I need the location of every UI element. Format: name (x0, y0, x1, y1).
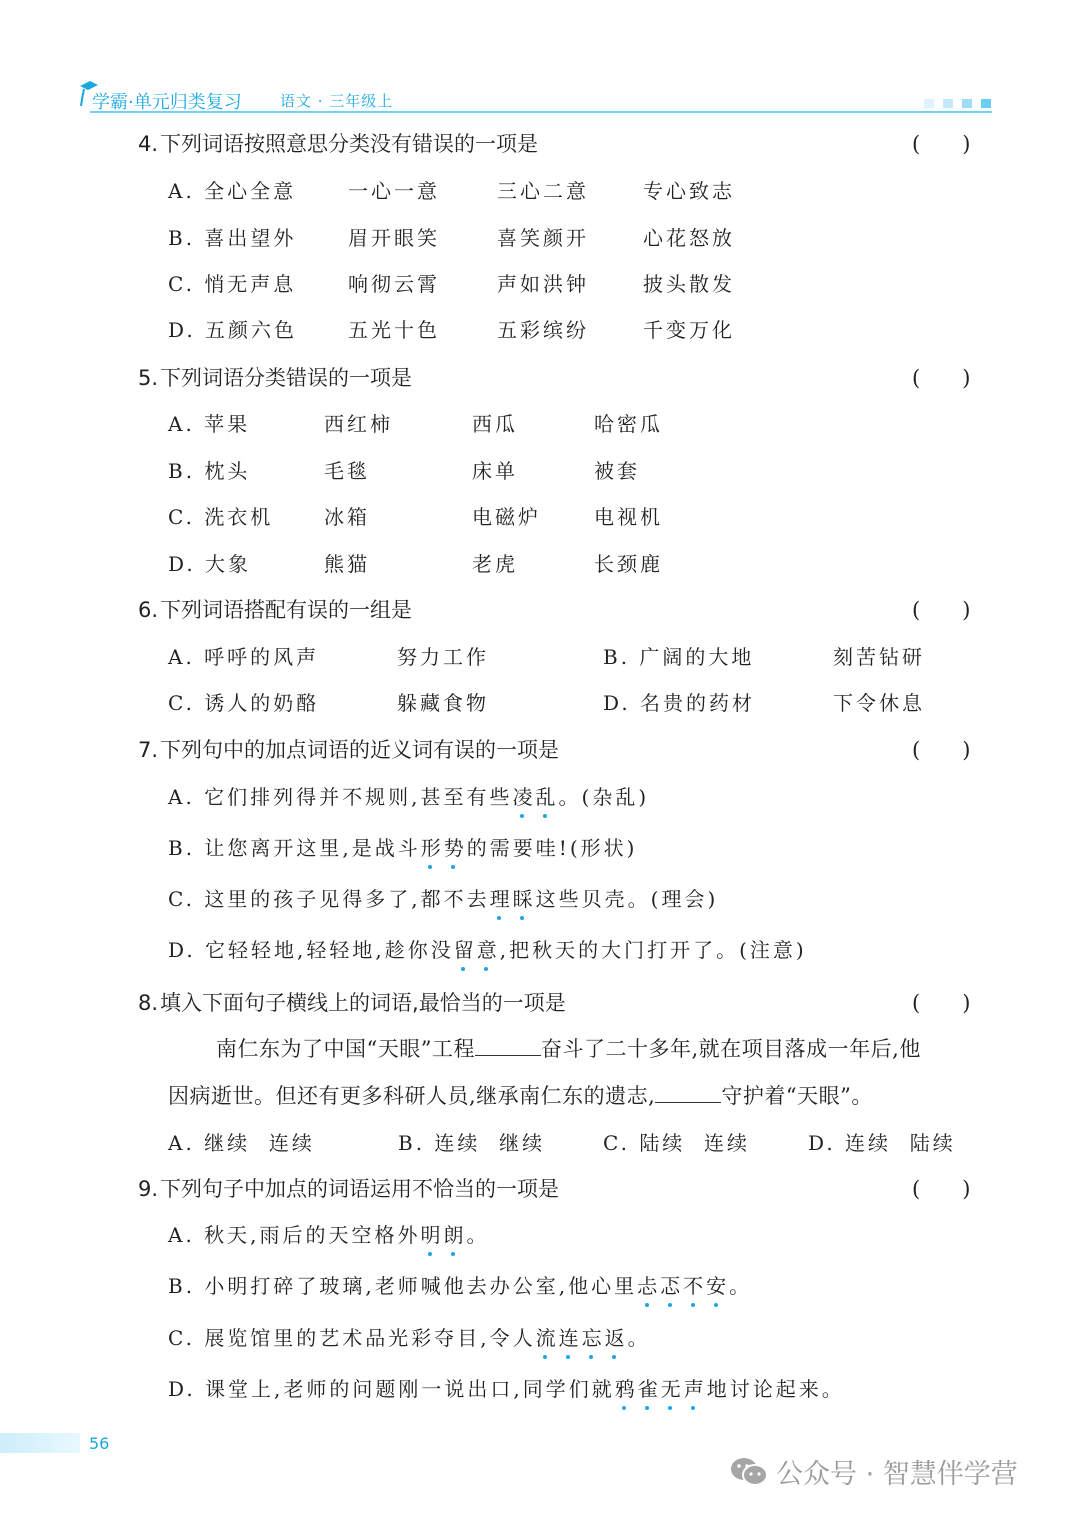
option-4d: D. 五颜六色 (168, 314, 297, 343)
answer-blank-7[interactable]: ( ) (912, 734, 970, 764)
option-6c: C. 诱人的奶酪 (168, 687, 319, 716)
passage-line-2: 因病逝世。但还有更多科研人员,继承南仁东的遗志,守护着“天眼”。 (168, 1080, 873, 1110)
option-word: 躲藏食物 (397, 687, 489, 716)
option-5b: B. 枕头 (168, 455, 250, 484)
answer-blank-4[interactable]: ( ) (912, 128, 970, 158)
option-9c: C. 展览馆里的艺术品光彩夺目,令人流连忘返。 (168, 1322, 651, 1351)
question-9-stem: 9.下列句子中加点的词语运用不恰当的一项是 (138, 1173, 559, 1203)
book-subject: 语文 · 三年级上 (280, 90, 393, 111)
option-word: 毛毯 (324, 455, 370, 484)
option-word: 西瓜 (472, 408, 518, 437)
option-6d: D. 名贵的药材 (603, 687, 755, 716)
emphasized-word: 鸦雀无声 (615, 1377, 707, 1401)
square-icon (943, 99, 953, 108)
option-word: 西红柿 (324, 408, 393, 437)
option-5d: D. 大象 (168, 548, 251, 577)
page-number: 56 (89, 1434, 109, 1453)
watermark: 公众号 · 智慧伴学营 (730, 1452, 1018, 1491)
option-9b: B. 小明打碎了玻璃,老师喊他去办公室,他心里忐忑不安。 (168, 1270, 752, 1299)
option-word: 努力工作 (397, 641, 489, 670)
square-icon (924, 99, 934, 108)
option-word: 三心二意 (497, 175, 589, 204)
option-8d: D. 连续 陆续 (808, 1127, 956, 1156)
option-word: 五彩缤纷 (497, 314, 589, 343)
option-8b: B. 连续 继续 (398, 1127, 545, 1156)
answer-blank-8[interactable]: ( ) (912, 987, 970, 1017)
emphasized-word: 忐忑不安 (637, 1274, 729, 1298)
option-word: 声如洪钟 (497, 268, 589, 297)
option-6a: A. 呼呼的风声 (168, 641, 319, 670)
option-word: 下令休息 (833, 687, 925, 716)
option-9a: A. 秋天,雨后的天空格外明朗。 (168, 1219, 490, 1248)
option-word: 心花怒放 (643, 222, 735, 251)
passage-line-1: 南仁东为了中国“天眼”工程奋斗了二十多年,就在项目落成一年后,他 (216, 1033, 921, 1063)
option-word: 响彻云霄 (348, 268, 440, 297)
watermark-text: 公众号 · 智慧伴学营 (776, 1452, 1018, 1491)
question-5-stem: 5.下列词语分类错误的一项是 (138, 362, 412, 392)
option-word: 老虎 (472, 548, 518, 577)
header-divider (90, 111, 992, 113)
answer-blank-5[interactable]: ( ) (912, 362, 970, 392)
question-6-stem: 6.下列词语搭配有误的一组是 (138, 594, 412, 624)
option-9d: D. 课堂上,老师的问题刚一说出口,同学们就鸦雀无声地讨论起来。 (168, 1373, 845, 1402)
option-4b: B. 喜出望外 (168, 222, 296, 251)
emphasized-word: 凌乱 (513, 785, 559, 809)
option-word: 千变万化 (643, 314, 735, 343)
emphasized-word: 流连忘返 (536, 1326, 628, 1350)
option-5a: A. 苹果 (168, 408, 250, 437)
fill-blank-1[interactable] (475, 1033, 541, 1056)
question-7-stem: 7.下列句中的加点词语的近义词有误的一项是 (138, 734, 559, 764)
emphasized-word: 留意 (454, 938, 500, 962)
header-decoration (924, 99, 991, 108)
option-word: 眉开眼笑 (348, 222, 440, 251)
emphasized-word: 理睬 (490, 887, 536, 911)
answer-blank-6[interactable]: ( ) (912, 594, 970, 624)
square-icon (962, 99, 972, 108)
option-word: 喜笑颜开 (497, 222, 589, 251)
emphasized-word: 形势 (421, 836, 467, 860)
footer-decoration (0, 1433, 80, 1453)
option-word: 电磁炉 (472, 501, 541, 530)
wechat-icon (730, 1456, 768, 1488)
option-word: 刻苦钻研 (833, 641, 925, 670)
option-word: 熊猫 (324, 548, 370, 577)
option-5c: C. 洗衣机 (168, 501, 273, 530)
question-4-stem: 4.下列词语按照意思分类没有错误的一项是 (138, 128, 538, 158)
option-4c: C. 悄无声息 (168, 268, 296, 297)
fill-blank-2[interactable] (655, 1080, 721, 1103)
answer-blank-9[interactable]: ( ) (912, 1173, 970, 1203)
option-7d: D. 它轻轻地,轻轻地,趁你没留意,把秋天的大门打开了。(注意) (168, 934, 807, 963)
option-word: 专心致志 (643, 175, 735, 204)
option-word: 哈密瓜 (594, 408, 663, 437)
square-icon (981, 99, 991, 108)
option-7b: B. 让您离开这里,是战斗形势的需要哇!(形状) (168, 832, 637, 861)
option-4a: A. 全心全意 (168, 175, 296, 204)
option-word: 床单 (472, 455, 518, 484)
option-word: 披头散发 (643, 268, 735, 297)
option-word: 五光十色 (348, 314, 440, 343)
question-8-stem: 8.填入下面句子横线上的词语,最恰当的一项是 (138, 987, 566, 1017)
option-8a: A. 继续 连续 (168, 1127, 315, 1156)
option-word: 一心一意 (348, 175, 440, 204)
option-word: 电视机 (594, 501, 663, 530)
option-word: 被套 (594, 455, 640, 484)
option-7a: A. 它们排列得并不规则,甚至有些凌乱。(杂乱) (168, 781, 649, 810)
option-word: 冰箱 (324, 501, 370, 530)
emphasized-word: 明朗 (421, 1223, 467, 1247)
option-7c: C. 这里的孩子见得多了,都不去理睬这些贝壳。(理会) (168, 883, 718, 912)
option-8c: C. 陆续 连续 (603, 1127, 750, 1156)
page-header: 学霸·单元归类复习 语文 · 三年级上 (72, 78, 992, 114)
option-word: 长颈鹿 (594, 548, 663, 577)
option-6b: B. 广阔的大地 (603, 641, 754, 670)
